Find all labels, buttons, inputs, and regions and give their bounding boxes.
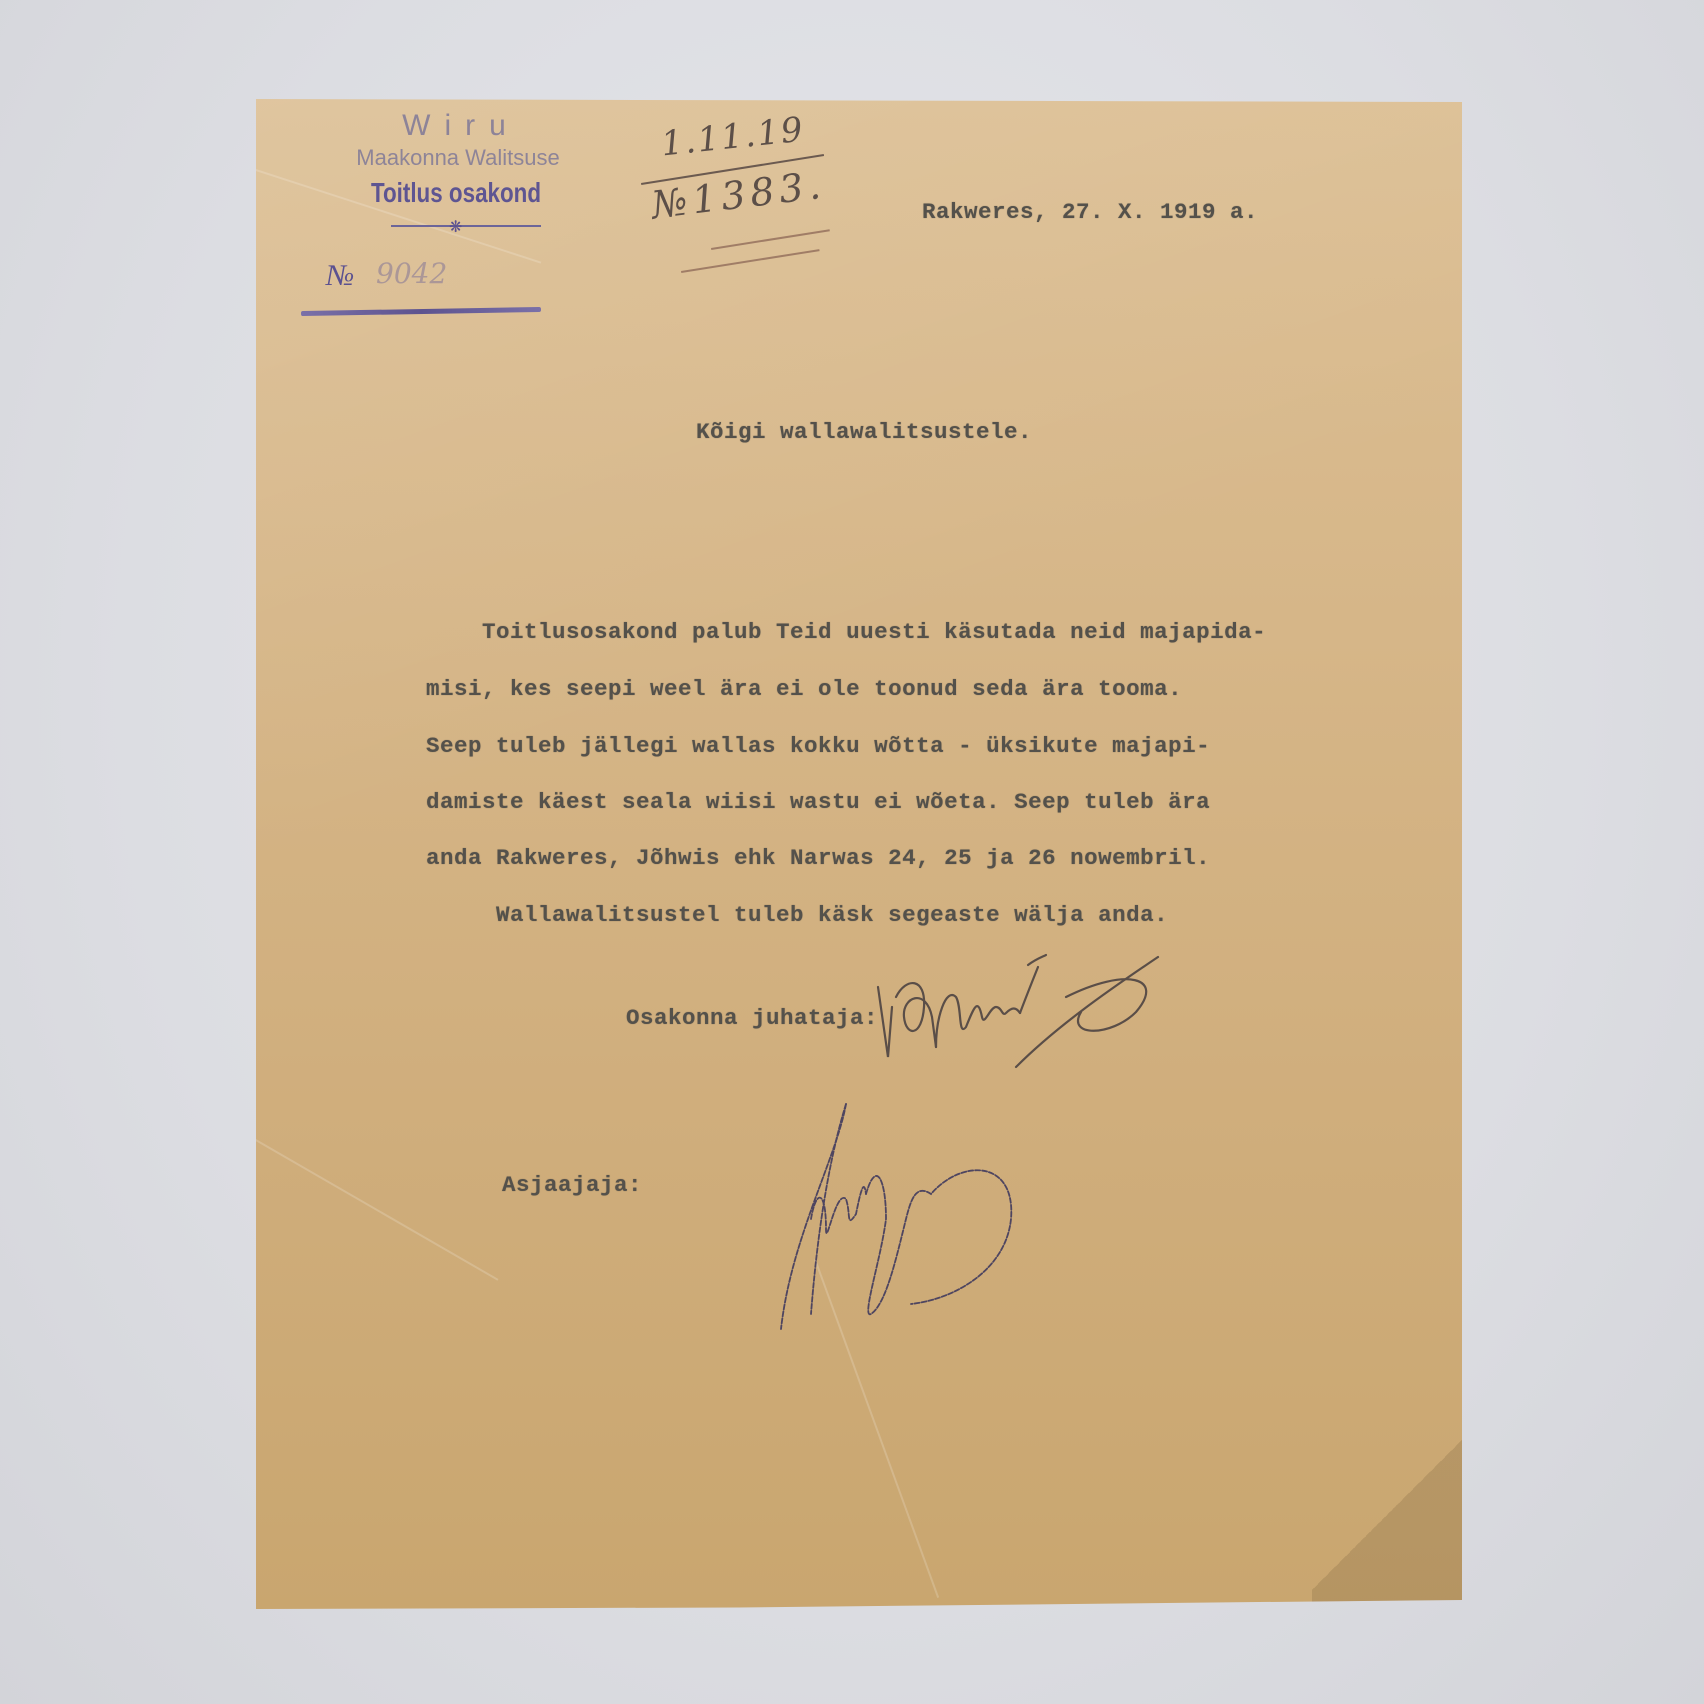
registration-underline (711, 229, 830, 250)
salutation: Kõigi wallawalitsustele. (696, 419, 1032, 445)
stamp-number-label: № (326, 259, 354, 293)
paper-crease (814, 1259, 939, 1598)
clerk-label: Asjaajaja: (502, 1172, 642, 1198)
place-date: Rakweres, 27. X. 1919 a. (922, 199, 1258, 225)
body-line: misi, kes seepi weel ära ei ole toonud s… (426, 676, 1182, 702)
stamp-government: Maakonna Walitsuse (320, 145, 596, 171)
head-of-department-label: Osakonna juhataja: (626, 1005, 878, 1031)
paper-corner-fold (1312, 1425, 1462, 1605)
stamp-ornament: ❋ (391, 225, 541, 237)
head-of-department-signature (866, 937, 1166, 1077)
registration-number: №1383. (649, 163, 828, 228)
body-line: anda Rakweres, Jõhwis ehk Narwas 24, 25 … (426, 845, 1210, 871)
stamp-county: Wiru (326, 109, 596, 143)
letter-paper: Wiru Maakonna Walitsuse Toitlus osakond … (256, 99, 1462, 1609)
registration-date: 1.11.19 (659, 110, 806, 165)
body-line: Seep tuleb jällegi wallas kokku wõtta - … (426, 733, 1210, 759)
stamp-department: Toitlus osakond (344, 177, 568, 209)
stamp-underline (301, 307, 541, 316)
stamp-number-value: 9042 (376, 257, 447, 290)
ornament-icon: ❋ (449, 217, 462, 237)
clerk-signature (696, 1099, 1026, 1339)
registration-note: 1.11.19 №1383. (641, 111, 841, 261)
body-line: damiste käest seala wiisi wastu ei wõeta… (426, 789, 1210, 815)
paper-crease (255, 1139, 498, 1281)
body-line: Wallawalitsustel tuleb käsk segeaste wäl… (426, 902, 1168, 928)
registration-underline (681, 249, 820, 273)
department-stamp: Wiru Maakonna Walitsuse Toitlus osakond … (296, 109, 596, 229)
body-line: Toitlusosakond palub Teid uuesti käsutad… (426, 619, 1266, 645)
